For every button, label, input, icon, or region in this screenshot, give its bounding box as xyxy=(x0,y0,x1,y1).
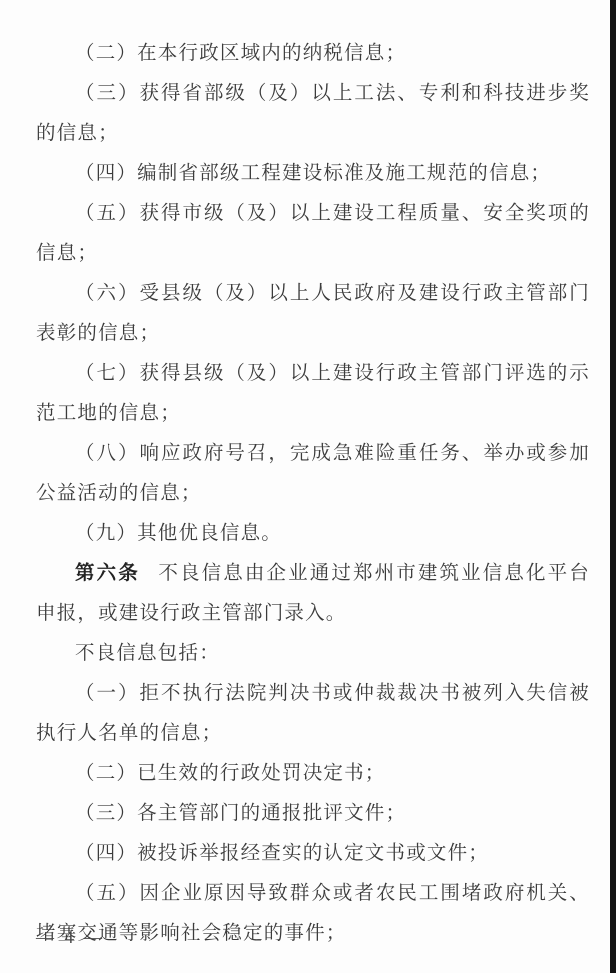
paragraph-text: （七）获得县级（及）以上建设行政主管部门评选的示范工地的信息； xyxy=(36,363,590,424)
document-page: （二）在本行政区域内的纳税信息；（三）获得省部级（及）以上工法、专利和科技进步奖… xyxy=(0,0,616,973)
paragraph: 第六条不良信息由企业通过郑州市建筑业信息化平台申报，或建设行政主管部门录入。 xyxy=(36,554,590,634)
paragraph: （九）其他优良信息。 xyxy=(36,514,590,554)
page-footer: — 4 — xyxy=(36,927,105,947)
article-number: 第六条 xyxy=(75,563,140,584)
scan-edge-right xyxy=(610,0,616,973)
paragraph: （七）获得县级（及）以上建设行政主管部门评选的示范工地的信息； xyxy=(36,354,590,434)
paragraph-text: （二）在本行政区域内的纳税信息； xyxy=(75,43,406,64)
page-number: — 4 — xyxy=(36,927,105,947)
paragraph-text: （二）已生效的行政处罚决定书； xyxy=(75,763,386,784)
paragraph: （四）编制省部级工程建设标准及施工规范的信息； xyxy=(36,154,590,194)
paragraph-text: （一）拒不执行法院判决书或仲裁裁决书被列入失信被执行人名单的信息； xyxy=(36,683,590,744)
paragraph-text: （六）受县级（及）以上人民政府及建设行政主管部门表彰的信息； xyxy=(36,283,590,344)
paragraph-text: （三）各主管部门的通报批评文件； xyxy=(75,803,406,824)
paragraph: 不良信息包括： xyxy=(36,634,590,674)
paragraph-text: （八）响应政府号召，完成急难险重任务、举办或参加公益活动的信息； xyxy=(36,443,590,504)
paragraph-text: （四）被投诉举报经查实的认定文书或文件； xyxy=(75,843,489,864)
document-content: （二）在本行政区域内的纳税信息；（三）获得省部级（及）以上工法、专利和科技进步奖… xyxy=(36,34,590,954)
paragraph-text: 不良信息包括： xyxy=(75,643,220,664)
paragraph-text: （九）其他优良信息。 xyxy=(75,523,282,544)
paragraph-text: （四）编制省部级工程建设标准及施工规范的信息； xyxy=(75,163,551,184)
paragraph: （五）获得市级（及）以上建设工程质量、安全奖项的信息； xyxy=(36,194,590,274)
paragraph-text: （五）获得市级（及）以上建设工程质量、安全奖项的信息； xyxy=(36,203,590,264)
paragraph: （一）拒不执行法院判决书或仲裁裁决书被列入失信被执行人名单的信息； xyxy=(36,674,590,754)
paragraph-text: （五）因企业原因导致群众或者农民工围堵政府机关、堵塞交通等影响社会稳定的事件； xyxy=(36,883,590,944)
paragraph-text: （三）获得省部级（及）以上工法、专利和科技进步奖的信息； xyxy=(36,83,590,144)
paragraph: （三）各主管部门的通报批评文件； xyxy=(36,794,590,834)
paragraph: （二）已生效的行政处罚决定书； xyxy=(36,754,590,794)
paragraph: （二）在本行政区域内的纳税信息； xyxy=(36,34,590,74)
paragraph: （六）受县级（及）以上人民政府及建设行政主管部门表彰的信息； xyxy=(36,274,590,354)
paragraph: （三）获得省部级（及）以上工法、专利和科技进步奖的信息； xyxy=(36,74,590,154)
paragraph: （八）响应政府号召，完成急难险重任务、举办或参加公益活动的信息； xyxy=(36,434,590,514)
paragraph: （五）因企业原因导致群众或者农民工围堵政府机关、堵塞交通等影响社会稳定的事件； xyxy=(36,874,590,954)
paragraph: （四）被投诉举报经查实的认定文书或文件； xyxy=(36,834,590,874)
